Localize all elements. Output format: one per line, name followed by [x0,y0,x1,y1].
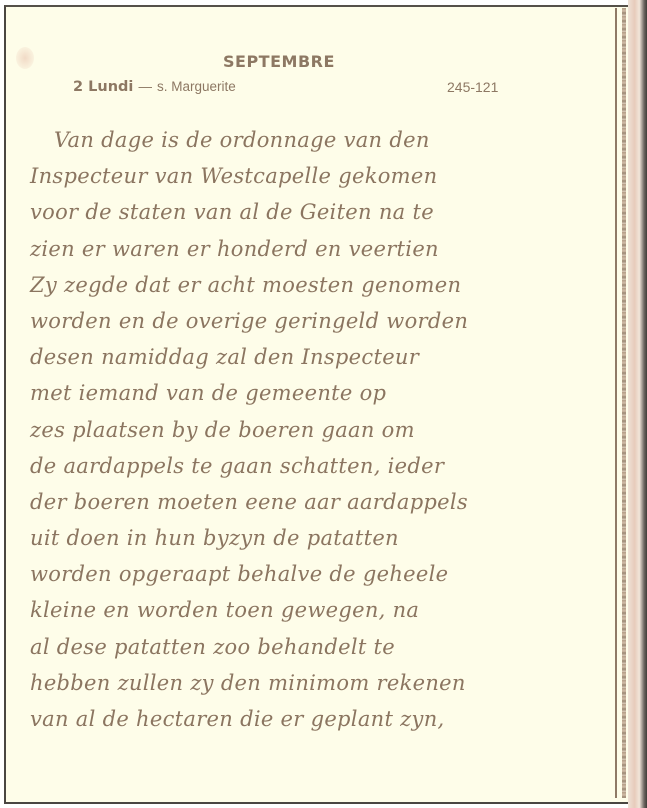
handwritten-line: der boeren moeten eene aar aardappels [30,484,600,520]
handwritten-line: uit doen in hun byzyn de patatten [30,520,600,556]
handwritten-line: Van dage is de ordonnage van den [30,122,600,158]
saint-name: s. Marguerite [157,79,236,94]
separator: — [138,79,152,94]
paper-stain [16,47,34,69]
handwritten-line: de aardappels te gaan schatten, ieder [30,448,600,484]
handwritten-line: Inspecteur van Westcapelle gekomen [30,158,600,194]
handwritten-line: al dese patatten zoo behandelt te [30,629,600,665]
handwritten-line: zes plaatsen by de boeren gaan om [30,412,600,448]
right-border-rule [615,8,617,798]
handwritten-line: voor de staten van al de Geiten na te [30,194,600,230]
handwritten-line: Zy zegde dat er acht moesten genomen [30,267,600,303]
handwritten-line: zien er waren er honderd en veertien [30,231,600,267]
handwritten-line: desen namiddag zal den Inspecteur [30,339,600,375]
handwritten-line: van al de hectaren die er geplant zyn, [30,701,600,737]
handwritten-line: kleine en worden toen gewegen, na [30,592,600,628]
day-of-year-count: 245-121 [447,79,498,95]
day-line: 2 Lundi — s. Marguerite [73,79,236,95]
month-title: SEPTEMBRE [223,52,335,71]
handwritten-line: worden opgeraapt behalve de geheele [30,556,600,592]
weekday: Lundi [88,79,133,95]
handwritten-line: worden en de overige geringeld worden [30,303,600,339]
page-binding-edge [628,0,647,808]
right-border-double-rule [622,8,626,798]
handwritten-entry: Van dage is de ordonnage van den Inspect… [30,122,600,737]
handwritten-line: met iemand van de gemeente op [30,375,600,411]
handwritten-line: hebben zullen zy den minimom rekenen [30,665,600,701]
day-number: 2 [73,79,83,95]
